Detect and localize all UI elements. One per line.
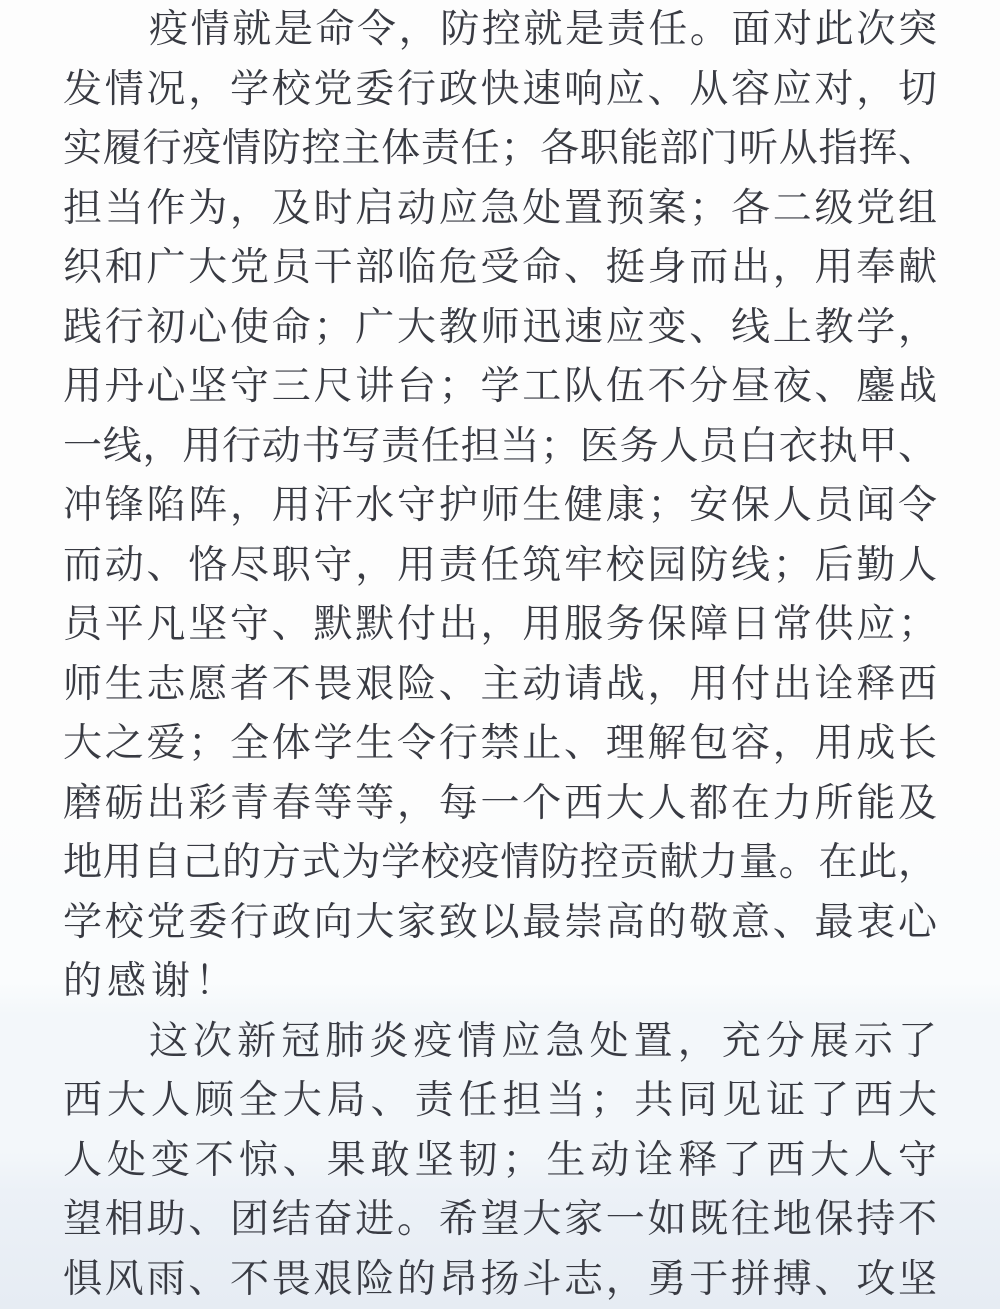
document-body: 疫情就是命令，防控就是责任。面对此次突 发情况，学校党委行政快速响应、从容应对，… <box>63 0 937 1309</box>
text-line: 疫情就是命令，防控就是责任。面对此次突 <box>63 0 937 60</box>
text-line: 而动、恪尽职守，用责任筑牢校园防线；后勤人 <box>63 536 937 596</box>
text-line: 西大人顾全大局、责任担当；共同见证了西大 <box>63 1071 937 1131</box>
text-line: 担当作为，及时启动应急处置预案；各二级党组 <box>63 179 937 239</box>
text-line: 冲锋陷阵，用汗水守护师生健康；安保人员闻令 <box>63 476 937 536</box>
paragraph-1: 疫情就是命令，防控就是责任。面对此次突 发情况，学校党委行政快速响应、从容应对，… <box>63 0 937 1012</box>
text-line: 望相助、团结奋进。希望大家一如既往地保持不 <box>63 1190 937 1250</box>
text-line: 这次新冠肺炎疫情应急处置，充分展示了 <box>63 1012 937 1072</box>
text-line: 磨砺出彩青春等等，每一个西大人都在力所能及 <box>63 774 937 834</box>
text-line: 人处变不惊、果敢坚韧；生动诠释了西大人守 <box>63 1131 937 1191</box>
text-line: 学校党委行政向大家致以最崇高的敬意、最衷心 <box>63 893 937 953</box>
document-page: 疫情就是命令，防控就是责任。面对此次突 发情况，学校党委行政快速响应、从容应对，… <box>0 0 1000 1309</box>
text-line: 大之爱；全体学生令行禁止、理解包容，用成长 <box>63 714 937 774</box>
text-line: 一线，用行动书写责任担当；医务人员白衣执甲、 <box>63 417 937 477</box>
text-line: 惧风雨、不畏艰险的昂扬斗志，勇于拼搏、攻坚 <box>63 1250 937 1309</box>
text-line: 的感谢！ <box>63 952 937 1012</box>
text-line: 地用自己的方式为学校疫情防控贡献力量。在此， <box>63 833 937 893</box>
text-line: 用丹心坚守三尺讲台；学工队伍不分昼夜、鏖战 <box>63 357 937 417</box>
text-line: 员平凡坚守、默默付出，用服务保障日常供应； <box>63 595 937 655</box>
text-line: 实履行疫情防控主体责任；各职能部门听从指挥、 <box>63 119 937 179</box>
paragraph-2: 这次新冠肺炎疫情应急处置，充分展示了 西大人顾全大局、责任担当；共同见证了西大 … <box>63 1012 937 1309</box>
text-line: 发情况，学校党委行政快速响应、从容应对，切 <box>63 60 937 120</box>
text-line: 师生志愿者不畏艰险、主动请战，用付出诠释西 <box>63 655 937 715</box>
text-line: 织和广大党员干部临危受命、挺身而出，用奉献 <box>63 238 937 298</box>
text-line: 践行初心使命；广大教师迅速应变、线上教学， <box>63 298 937 358</box>
